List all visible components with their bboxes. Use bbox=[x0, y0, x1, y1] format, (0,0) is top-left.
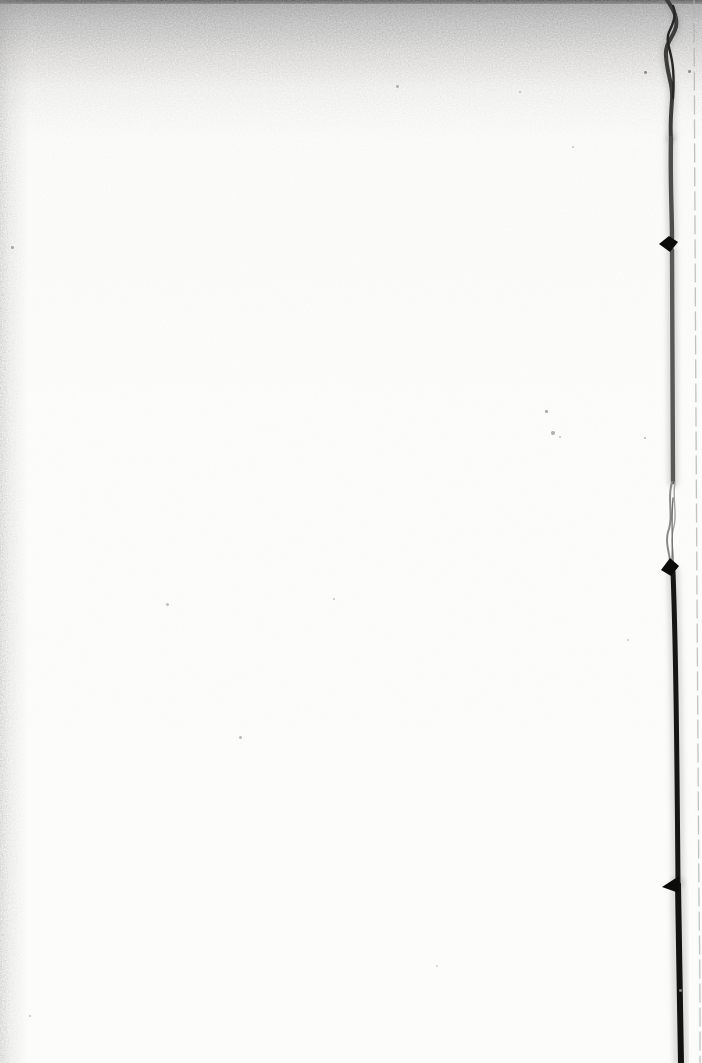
thread-segment-mid-shaft bbox=[672, 250, 673, 482]
speck bbox=[559, 436, 561, 438]
binding-thread-svg bbox=[0, 0, 702, 1063]
thread-segment-group bbox=[659, 0, 681, 1063]
speck bbox=[688, 70, 691, 73]
speck bbox=[644, 437, 646, 439]
speck bbox=[545, 410, 548, 413]
thread-segment-upper-shaft bbox=[671, 138, 672, 238]
speck bbox=[572, 146, 574, 148]
speck bbox=[239, 736, 242, 739]
speck bbox=[436, 965, 438, 967]
speck bbox=[166, 603, 169, 606]
speck bbox=[11, 246, 14, 249]
speck bbox=[551, 431, 555, 435]
scanned-page bbox=[0, 0, 702, 1063]
speck bbox=[644, 71, 647, 74]
speck bbox=[679, 989, 682, 992]
speck bbox=[333, 598, 335, 600]
page-edge-line bbox=[694, 0, 700, 1063]
speck bbox=[29, 1015, 31, 1017]
speck bbox=[519, 91, 521, 93]
speck bbox=[627, 639, 629, 641]
thread-segment-fray-strand-1 bbox=[667, 482, 672, 562]
speck bbox=[396, 85, 399, 88]
thread-segment-bottom-shaft bbox=[678, 884, 681, 1063]
